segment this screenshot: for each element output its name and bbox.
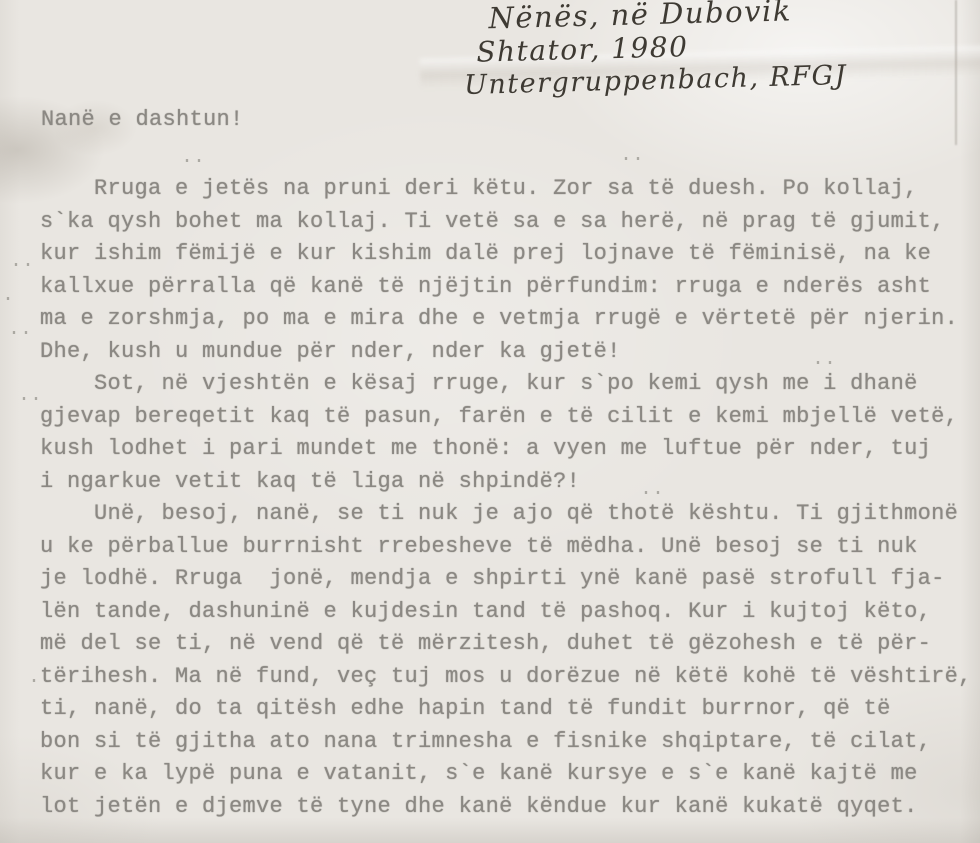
letter-line: Unë, besoj, nanë, se ti nuk je ajo që th… [40, 498, 972, 531]
letter-line: tërihesh. Ma në fund, veç tuj mos u dorë… [40, 661, 972, 694]
letter-line: ma e zorshmja, po ma e mira dhe e vetmja… [40, 303, 972, 336]
stray-dot-mark: .. [181, 146, 205, 169]
letter-line: s`ka qysh bohet ma kollaj. Ti vetë sa e … [40, 206, 972, 239]
stray-dot-mark: . [2, 284, 14, 307]
letter-line: gjevap bereqetit kaq të pasun, farën e t… [40, 401, 972, 434]
letter-page: Nënës, në Dubovik Shtator, 1980 Untergru… [0, 0, 980, 843]
handwritten-header: Nënës, në Dubovik Shtator, 1980 Untergru… [462, 0, 847, 104]
letter-line: kur e ka lypë puna e vatanit, s`e kanë k… [40, 758, 972, 791]
letter-body: Rruga e jetës na pruni deri këtu. Zor sa… [40, 173, 972, 823]
stray-dot-mark: .. [10, 250, 34, 273]
letter-greeting: Nanë e dashtun! [41, 107, 244, 132]
letter-line: kush lodhet i pari mundet me thonë: a vy… [40, 433, 972, 466]
letter-line: kallxue përralla që kanë të njëjtin përf… [40, 271, 972, 304]
letter-line: bon si të gjitha ato nana trimnesha e fi… [40, 726, 972, 759]
stray-dot-mark: .. [640, 478, 664, 501]
letter-line: kur ishim fëmijë e kur kishim dalë prej … [40, 238, 972, 271]
stray-dot-mark: . [28, 666, 40, 689]
letter-line: Rruga e jetës na pruni deri këtu. Zor sa… [40, 173, 972, 206]
stray-dot-mark: .. [620, 144, 644, 167]
letter-line: i ngarkue vetit kaq të liga në shpindë?! [40, 466, 972, 499]
letter-line: Sot, në vjeshtën e kësaj rruge, kur s`po… [40, 368, 972, 401]
stray-dot-mark: .. [18, 384, 42, 407]
letter-line: lot jetën e djemve të tyne dhe kanë kënd… [40, 791, 972, 824]
letter-line: ti, nanë, do ta qitësh edhe hapin tand t… [40, 693, 972, 726]
letter-line: je lodhë. Rruga jonë, mendja e shpirti y… [40, 563, 972, 596]
stray-dot-mark: .. [8, 318, 32, 341]
stray-dot-mark: .. [812, 348, 836, 371]
letter-line: më del se ti, në vend që të mërzitesh, d… [40, 628, 972, 661]
letter-line: lën tande, dashuninë e kujdesin tand të … [40, 596, 972, 629]
letter-line: u ke përballue burrnisht rrebesheve të m… [40, 531, 972, 564]
paper-edge-scratch [955, 0, 957, 145]
